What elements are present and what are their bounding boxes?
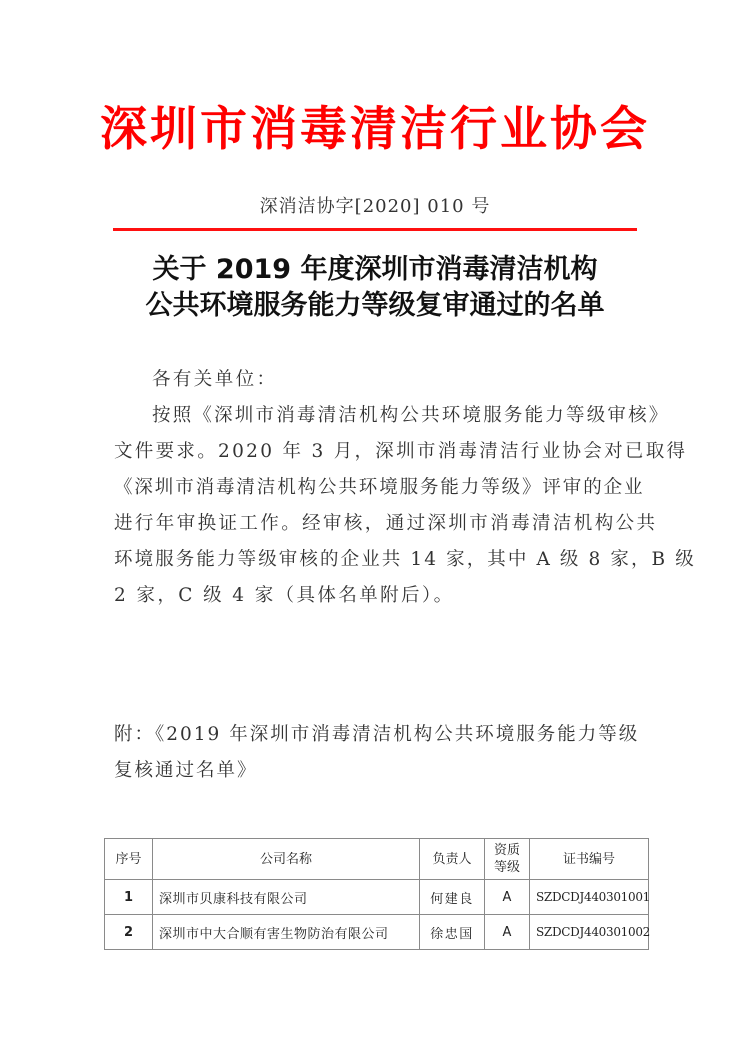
header-level: 资质 等级 [485,839,530,880]
cell-cert: SZDCDJ440301001 [530,880,649,915]
document-number: 深消洁协字[2020] 010 号 [0,193,750,221]
body-line-2: 文件要求。2020 年 3 月，深圳市消毒清洁行业协会对已取得 [114,438,637,466]
cell-person: 徐忠国 [420,915,485,950]
cell-index: 2 [105,915,153,950]
heading-line-1: 关于 2019 年度深圳市消毒清洁机构 [0,252,750,288]
table-header-row: 序号 公司名称 负责人 资质 等级 证书编号 [105,839,649,880]
cell-cert: SZDCDJ440301002 [530,915,649,950]
body-line-3: 《深圳市消毒清洁机构公共环境服务能力等级》评审的企业 [114,474,637,502]
attachment-line-2: 复核通过名单》 [114,757,258,785]
salutation: 各有关单位： [152,366,637,394]
body-line-1: 按照《深圳市消毒清洁机构公共环境服务能力等级审核》 [152,402,637,430]
cell-level: A [485,915,530,950]
header-cert: 证书编号 [530,839,649,880]
cell-level: A [485,880,530,915]
body-line-5: 环境服务能力等级审核的企业共 14 家，其中 A 级 8 家，B 级 [114,546,637,574]
table-row: 2 深圳市中大合顺有害生物防治有限公司 徐忠国 A SZDCDJ44030100… [105,915,649,950]
header-level-line-1: 资质 [491,842,523,859]
cell-person: 何建良 [420,880,485,915]
table-row: 1 深圳市贝康科技有限公司 何建良 A SZDCDJ440301001 [105,880,649,915]
red-divider-rule [113,228,637,231]
header-index: 序号 [105,839,153,880]
header-person: 负责人 [420,839,485,880]
body-line-6: 2 家，C 级 4 家（具体名单附后）。 [114,582,637,610]
header-company: 公司名称 [153,839,420,880]
cell-company: 深圳市中大合顺有害生物防治有限公司 [153,915,420,950]
cell-index: 1 [105,880,153,915]
header-level-line-2: 等级 [491,859,523,876]
heading-line-2: 公共环境服务能力等级复审通过的名单 [0,288,750,324]
body-line-4: 进行年审换证工作。经审核，通过深圳市消毒清洁机构公共 [114,510,637,538]
attachment-line-1: 附：《2019 年深圳市消毒清洁机构公共环境服务能力等级 [114,721,639,749]
organization-title: 深圳市消毒清洁行业协会 [0,100,750,160]
approved-companies-table: 序号 公司名称 负责人 资质 等级 证书编号 1 深圳市贝康科技有限公司 何建良… [104,838,649,950]
cell-company: 深圳市贝康科技有限公司 [153,880,420,915]
document-heading: 关于 2019 年度深圳市消毒清洁机构 公共环境服务能力等级复审通过的名单 [0,252,750,324]
